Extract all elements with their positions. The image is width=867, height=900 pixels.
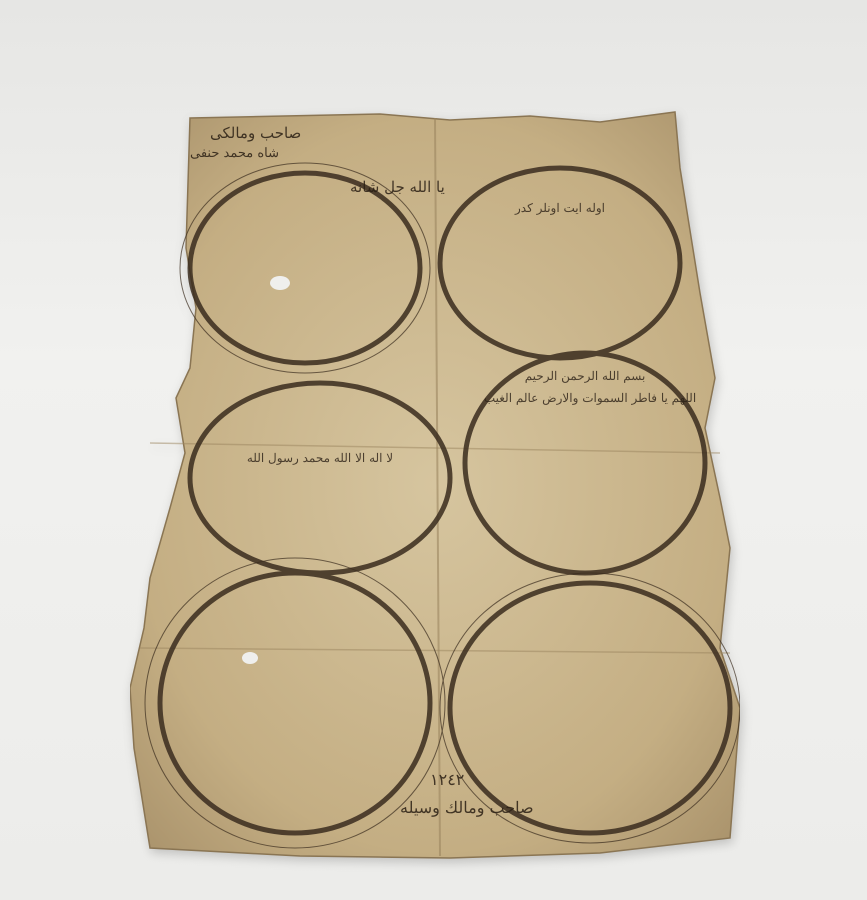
bottom-date: ١٢٤٢ <box>430 770 464 789</box>
manuscript: صاحب ومالكى شاه محمد حنفى يا الله جل شان… <box>130 108 740 860</box>
header-center: يا الله جل شانه <box>350 178 445 196</box>
top-note-line2: شاه محمد حنفى <box>190 146 279 161</box>
bottom-note: صاحب ومالك وسيله <box>400 798 534 817</box>
manuscript-sheet <box>130 108 740 860</box>
circle-top-right-text: اوله ايت اونلر كدر <box>460 198 660 218</box>
circle-mid-right-line: اللهم يا فاطر السموات والارض عالم الغيب <box>470 388 710 408</box>
photo-scene: صاحب ومالكى شاه محمد حنفى يا الله جل شان… <box>0 0 867 900</box>
circle-mid-left-line: لا اله الا الله محمد رسول الله <box>200 448 440 468</box>
top-note-line1: صاحب ومالكى <box>210 124 301 142</box>
circle-mid-right-heading: بسم الله الرحمن الرحيم <box>485 366 685 386</box>
